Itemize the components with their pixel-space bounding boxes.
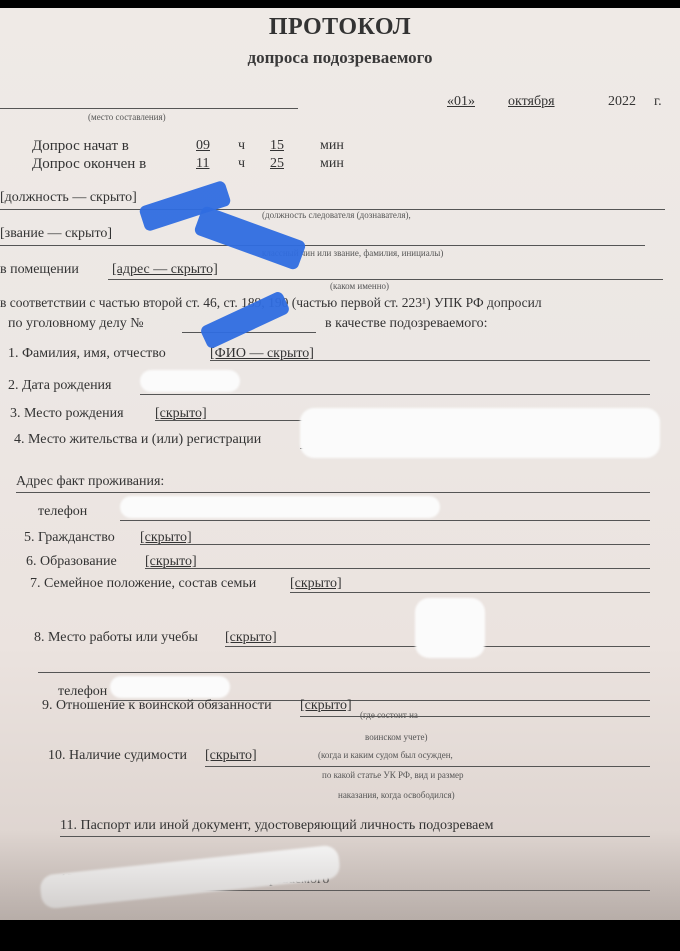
- document-subtitle: допроса подозреваемого: [0, 48, 680, 68]
- field-label: 2. Дата рождения: [8, 378, 112, 394]
- hour-unit: ч: [238, 138, 245, 154]
- field-line: [38, 672, 650, 673]
- place-line: [0, 108, 298, 109]
- min-unit: мин: [320, 156, 344, 172]
- field-label: 4. Место жительства и (или) регистрации: [14, 432, 261, 448]
- field-line: [300, 716, 650, 717]
- end-label: Допрос окончен в: [32, 156, 146, 173]
- redaction-patch: [415, 598, 485, 658]
- field-line: [205, 766, 650, 767]
- field-value: [скрыто]: [300, 698, 352, 714]
- end-hour: 11: [196, 156, 209, 172]
- document-page: ПРОТОКОЛ допроса подозреваемого (место с…: [0, 8, 680, 920]
- field-label: 6. Образование: [26, 554, 117, 570]
- place-caption: (место составления): [88, 112, 166, 122]
- field-label: 10. Наличие судимости: [48, 748, 187, 764]
- position-caption: (должность следователя (дознавателя),: [262, 210, 411, 220]
- date-suffix: г.: [654, 94, 662, 110]
- document-title: ПРОТОКОЛ: [0, 14, 680, 41]
- room-label: в помещении: [0, 262, 79, 278]
- room-value: [адрес — скрыто]: [112, 262, 218, 278]
- date-day: «01»: [447, 94, 475, 110]
- field-value: [скрыто]: [290, 576, 342, 592]
- record-caption-2: по какой статье УК РФ, вид и размер: [322, 770, 464, 780]
- date-month: октября: [508, 94, 555, 110]
- min-unit: мин: [320, 138, 344, 154]
- field-line: [120, 520, 650, 521]
- field-label: 7. Семейное положение, состав семьи: [30, 576, 256, 592]
- redaction-patch: [140, 370, 240, 392]
- field-line: [16, 492, 650, 493]
- field-label: 1. Фамилия, имя, отчество: [8, 346, 166, 362]
- field-value: [скрыто]: [225, 630, 277, 646]
- field-line: [290, 592, 650, 593]
- date-year: 2022: [608, 94, 636, 110]
- room-caption: (каком именно): [330, 281, 389, 291]
- case-label: по уголовному делу №: [8, 316, 144, 332]
- redaction-patch: [300, 408, 660, 458]
- field-value: [скрыто]: [205, 748, 257, 764]
- hour-unit: ч: [238, 156, 245, 172]
- military-caption-2: воинском учете): [365, 732, 427, 742]
- investigator-position: [должность — скрыто]: [0, 190, 137, 206]
- investigator-rank: [звание — скрыто]: [0, 226, 112, 242]
- field-line: [210, 360, 650, 361]
- start-hour: 09: [196, 138, 210, 154]
- military-caption: (где состоит на: [360, 710, 418, 720]
- field-label: 3. Место рождения: [10, 406, 124, 422]
- field-line: [145, 568, 650, 569]
- case-suffix: в качестве подозреваемого:: [325, 316, 487, 332]
- record-caption-1: (когда и каким судом был осужден,: [318, 750, 453, 760]
- redaction-patch: [110, 676, 230, 698]
- field-line: [140, 394, 650, 395]
- field-label: Адрес факт проживания:: [16, 474, 164, 490]
- rule: [0, 245, 645, 246]
- end-min: 25: [270, 156, 284, 172]
- redaction-patch: [120, 496, 440, 518]
- field-label: 9. Отношение к воинской обязанности: [42, 698, 272, 714]
- rule: [108, 279, 663, 280]
- field-label: 8. Место работы или учебы: [34, 630, 198, 646]
- start-label: Допрос начат в: [32, 138, 129, 155]
- field-label: телефон: [38, 504, 87, 520]
- record-caption-3: наказания, когда освободился): [338, 790, 455, 800]
- field-label: 5. Гражданство: [24, 530, 115, 546]
- start-min: 15: [270, 138, 284, 154]
- field-line: [140, 544, 650, 545]
- photo-shadow: [0, 830, 680, 920]
